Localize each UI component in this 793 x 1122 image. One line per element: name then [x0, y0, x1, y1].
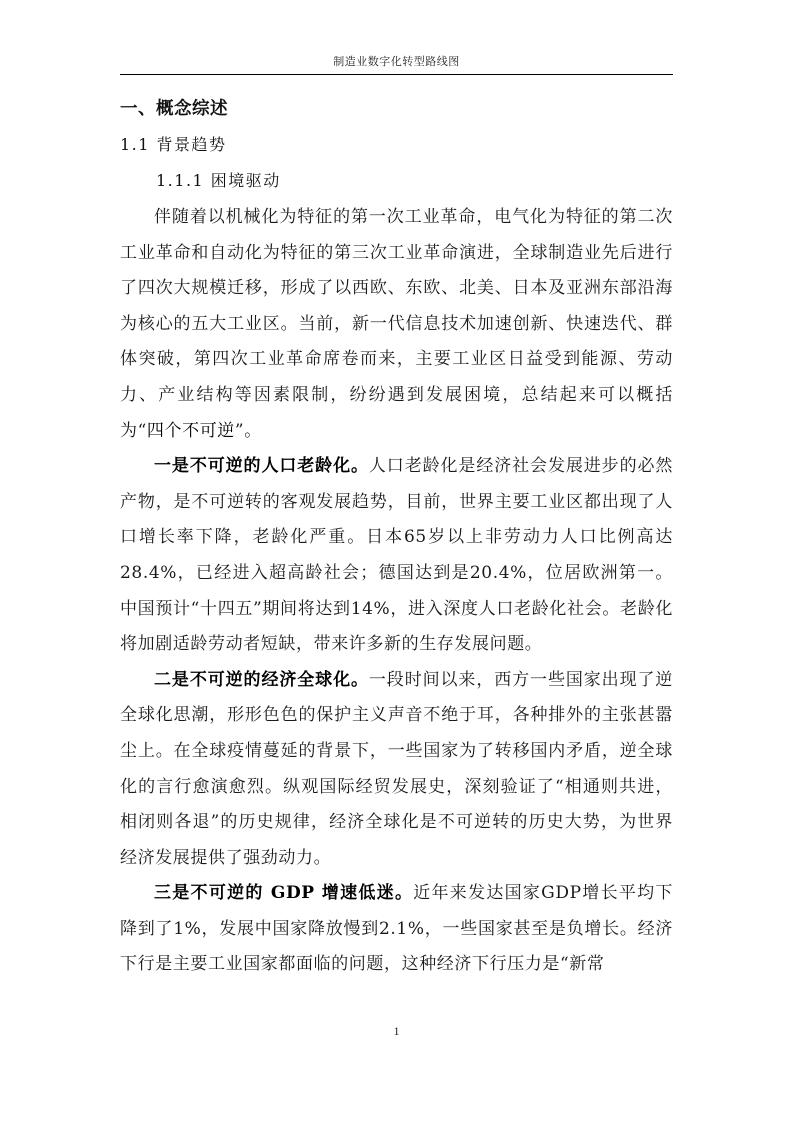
paragraph-lead: 二是不可逆的经济全球化。	[154, 670, 369, 690]
paragraph-aging: 一是不可逆的人口老龄化。人口老龄化是经济社会发展进步的必然产物，是不可逆转的客观…	[120, 449, 673, 663]
body-text: 伴随着以机械化为特征的第一次工业革命，电气化为特征的第二次工业革命和自动化为特征…	[120, 200, 673, 983]
subsection-heading: 1.1.1 困境驱动	[156, 168, 281, 191]
emphasis-text: 四个不可逆	[147, 421, 235, 441]
paragraph-tail: ”。	[235, 421, 262, 441]
page-number: 1	[0, 1024, 793, 1039]
running-header: 制造业数字化转型路线图	[120, 50, 673, 75]
paragraph-text: 伴随着以机械化为特征的第一次工业革命，电气化为特征的第二次工业革命和自动化为特征…	[120, 207, 673, 441]
section-heading: 1.1 背景趋势	[120, 132, 227, 155]
paragraph-globalization: 二是不可逆的经济全球化。一段时间以来，西方一些国家出现了逆全球化思潮，形形色色的…	[120, 663, 673, 877]
running-title: 制造业数字化转型路线图	[333, 55, 460, 68]
paragraph-lead: 三是不可逆的 GDP 增速低迷。	[154, 883, 413, 903]
paragraph-text: 人口老龄化是经济社会发展进步的必然产物，是不可逆转的客观发展趋势，目前，世界主要…	[120, 456, 673, 654]
paragraph-intro: 伴随着以机械化为特征的第一次工业革命，电气化为特征的第二次工业革命和自动化为特征…	[120, 200, 673, 449]
chapter-heading: 一、概念综述	[120, 95, 228, 120]
paragraph-text: 一段时间以来，西方一些国家出现了逆全球化思潮，形形色色的保护主义声音不绝于耳，各…	[120, 670, 673, 868]
paragraph-lead: 一是不可逆的人口老龄化。	[154, 456, 369, 476]
paragraph-gdp: 三是不可逆的 GDP 增速低迷。近年来发达国家GDP增长平均下降到了1%，发展中…	[120, 876, 673, 983]
